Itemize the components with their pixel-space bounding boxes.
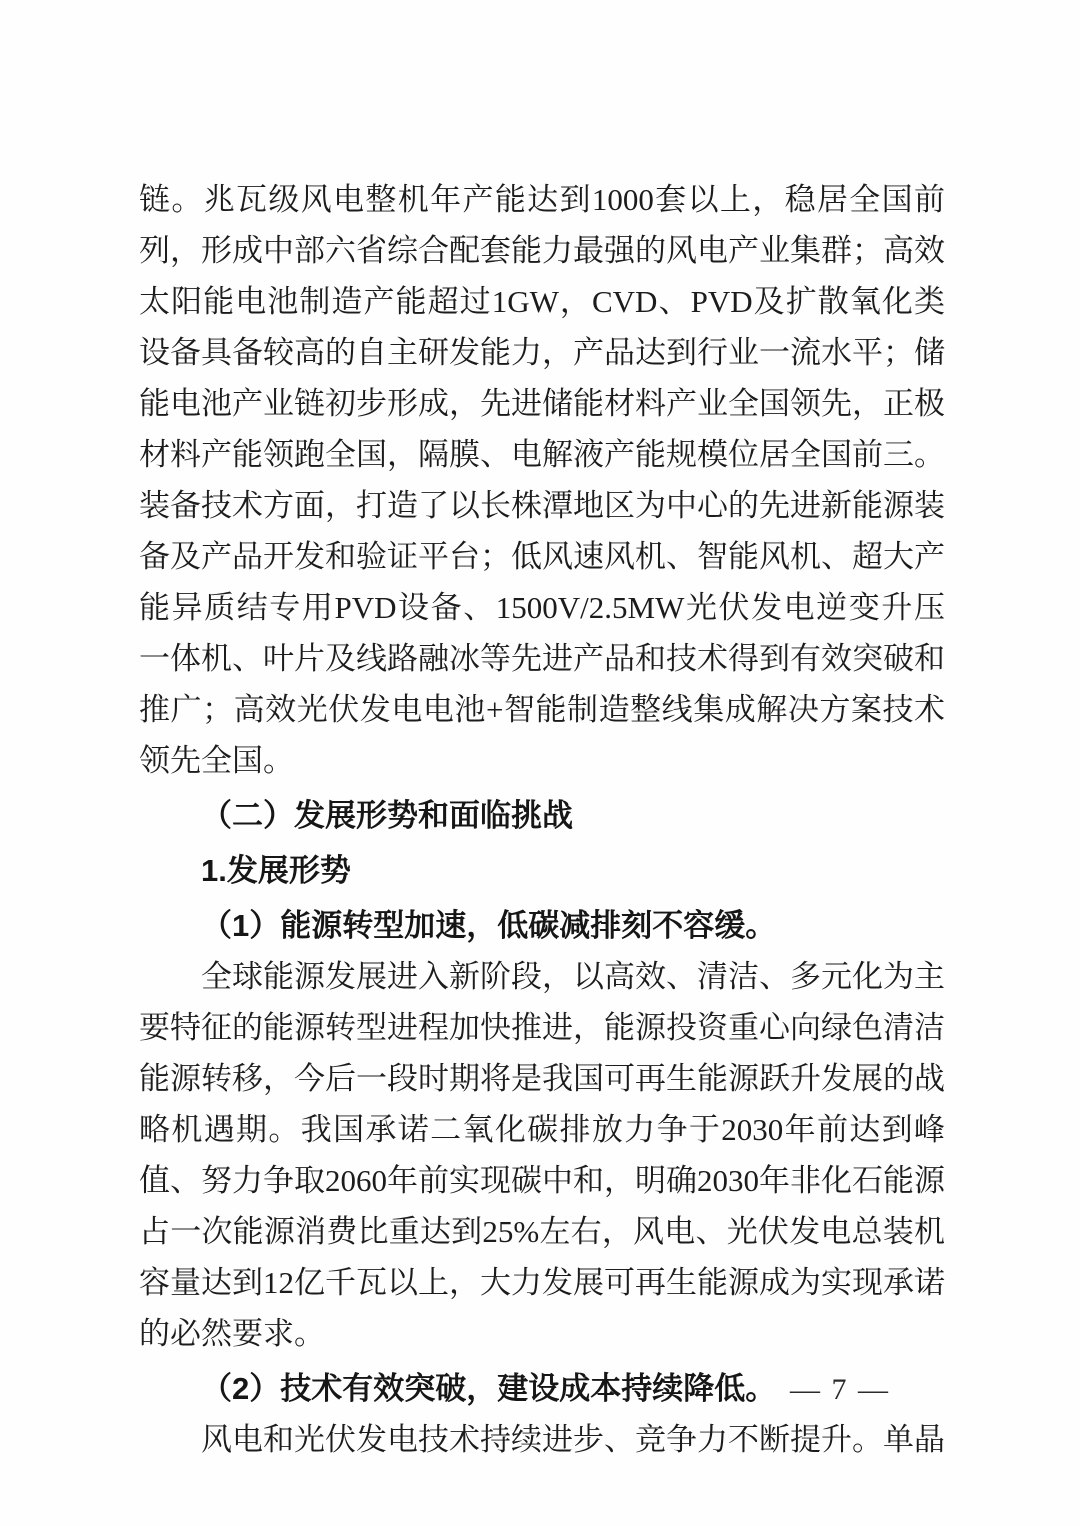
point-heading-energy-transition: （1）能源转型加速，低碳减排刻不容缓。: [139, 900, 945, 951]
document-body: 链。兆瓦级风电整机年产能达到1000套以上，稳居全国前列，形成中部六省综合配套能…: [139, 174, 945, 1465]
section-heading-development-situation: （二）发展形势和面临挑战: [139, 790, 945, 841]
document-page: 链。兆瓦级风电整机年产能达到1000套以上，稳居全国前列，形成中部六省综合配套能…: [0, 0, 1080, 1526]
subsection-heading-development-trend: 1.发展形势: [139, 845, 945, 896]
paragraph-global-energy-transition: 全球能源发展进入新阶段，以高效、清洁、多元化为主要特征的能源转型进程加快推进，能…: [139, 951, 945, 1359]
paragraph-technology-progress: 风电和光伏发电技术持续进步、竞争力不断提升。单晶: [139, 1414, 945, 1465]
page-number: — 7 —: [790, 1372, 890, 1408]
paragraph-industry-achievements: 链。兆瓦级风电整机年产能达到1000套以上，稳居全国前列，形成中部六省综合配套能…: [139, 174, 945, 786]
